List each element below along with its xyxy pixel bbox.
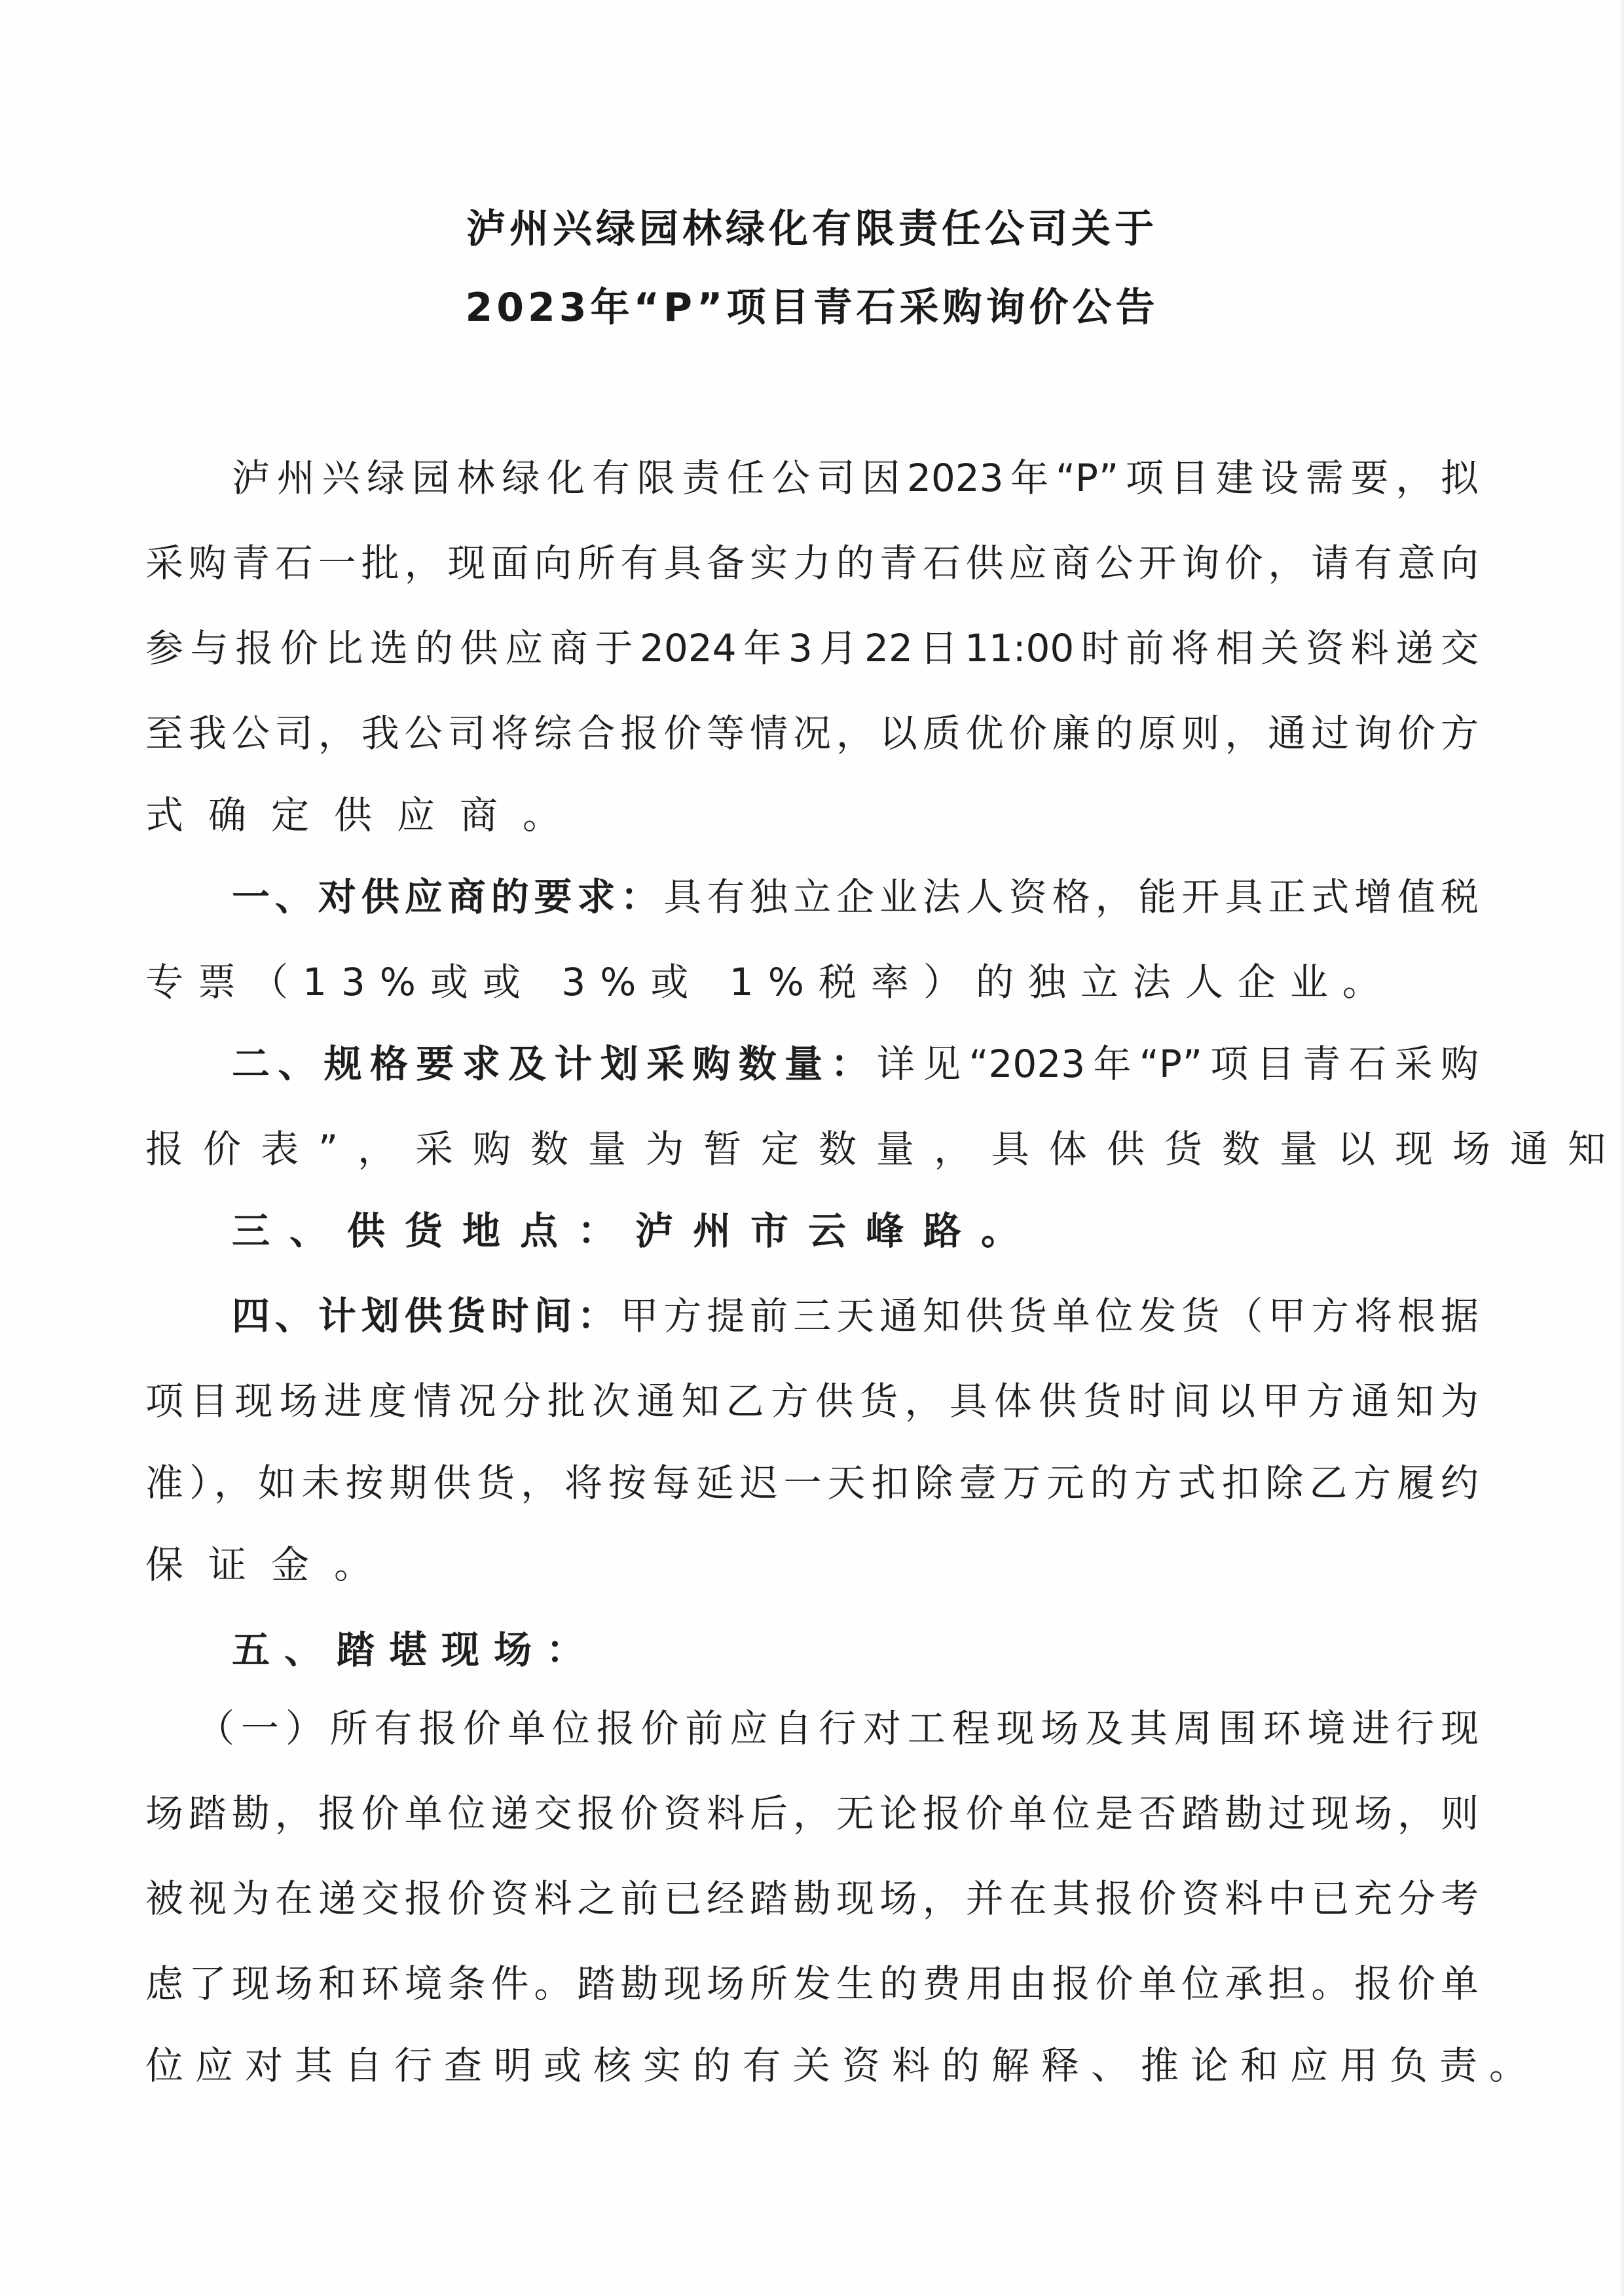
subsection-1-line-4: 虑了现场和环境条件。踏勘现场所发生的费用由报价单位承担。报价单 — [145, 1958, 1479, 2010]
section-3-first-line: 三、供货地点：泸州市云峰路。 — [232, 1205, 1479, 1257]
subsection-1-line-3: 被视为在递交报价资料之前已经踏勘现场，并在其报价资料中已充分考 — [145, 1872, 1479, 1925]
section-1-text: 具有独立企业法人资格，能开具正式增值税 — [663, 875, 1479, 919]
section-1-line-2: 专票（13%或或 3%或 1%税率）的独立法人企业。 — [145, 956, 1479, 1008]
section-4-line-3: 准），如未按期供货，将按每延迟一天扣除壹万元的方式扣除乙方履约 — [145, 1457, 1479, 1509]
intro-line-4: 至我公司，我公司将综合报价等情况，以质优价廉的原则，通过询价方 — [145, 707, 1479, 759]
section-4-text: 甲方提前三天通知供货单位发货（甲方将根据 — [620, 1294, 1479, 1338]
section-4-line-2: 项目现场进度情况分批次通知乙方供货，具体供货时间以甲方通知为 — [145, 1375, 1479, 1427]
section-5-first-line: 五、踏堪现场： — [232, 1624, 1479, 1676]
section-1-first-line: 一、对供应商的要求：具有独立企业法人资格，能开具正式增值税 — [232, 871, 1479, 923]
intro-line-1: 泸州兴绿园林绿化有限责任公司因2023年“P”项目建设需要，拟 — [232, 452, 1479, 504]
section-5-heading: 五、踏堪现场： — [232, 1628, 599, 1672]
intro-line-5: 式确定供应商。 — [145, 789, 1479, 841]
intro-line-2: 采购青石一批，现面向所有具备实力的青石供应商公开询价，请有意向 — [145, 537, 1479, 589]
section-1-heading: 一、对供应商的要求： — [232, 875, 663, 919]
section-2-first-line: 二、规格要求及计划采购数量：详见“2023年“P”项目青石采购 — [232, 1038, 1479, 1090]
section-2-line-2: 报价表”，采购数量为暂定数量，具体供货数量以现场通知为准。 — [145, 1123, 1479, 1175]
scan-edge-shadow — [1619, 0, 1624, 2296]
subsection-1-line-1: （一）所有报价单位报价前应自行对工程现场及其周围环境进行现 — [196, 1702, 1479, 1755]
intro-line-3: 参与报价比选的供应商于2024年3月22日11:00时前将相关资料递交 — [145, 622, 1479, 674]
document-page: 泸州兴绿园林绿化有限责任公司关于 2023年“P”项目青石采购询价公告 泸州兴绿… — [0, 0, 1624, 2296]
section-4-line-4: 保证金。 — [145, 1539, 1479, 1591]
section-2-heading: 二、规格要求及计划采购数量： — [232, 1042, 877, 1086]
section-2-text: 详见“2023年“P”项目青石采购 — [877, 1042, 1479, 1086]
document-title-line-2: 2023年“P”项目青石采购询价公告 — [0, 282, 1624, 334]
subsection-1-line-2: 场踏勘，报价单位递交报价资料后，无论报价单位是否踏勘过现场，则 — [145, 1787, 1479, 1840]
subsection-1-line-5: 位应对其自行查明或核实的有关资料的解释、推论和应用负责。 — [145, 2039, 1479, 2092]
section-4-heading: 四、计划供货时间： — [232, 1294, 620, 1338]
section-4-first-line: 四、计划供货时间：甲方提前三天通知供货单位发货（甲方将根据 — [232, 1290, 1479, 1342]
section-3-text: 泸州市云峰路。 — [635, 1209, 1039, 1253]
document-title-line-1: 泸州兴绿园林绿化有限责任公司关于 — [0, 203, 1624, 255]
section-3-heading: 三、供货地点： — [232, 1209, 635, 1253]
